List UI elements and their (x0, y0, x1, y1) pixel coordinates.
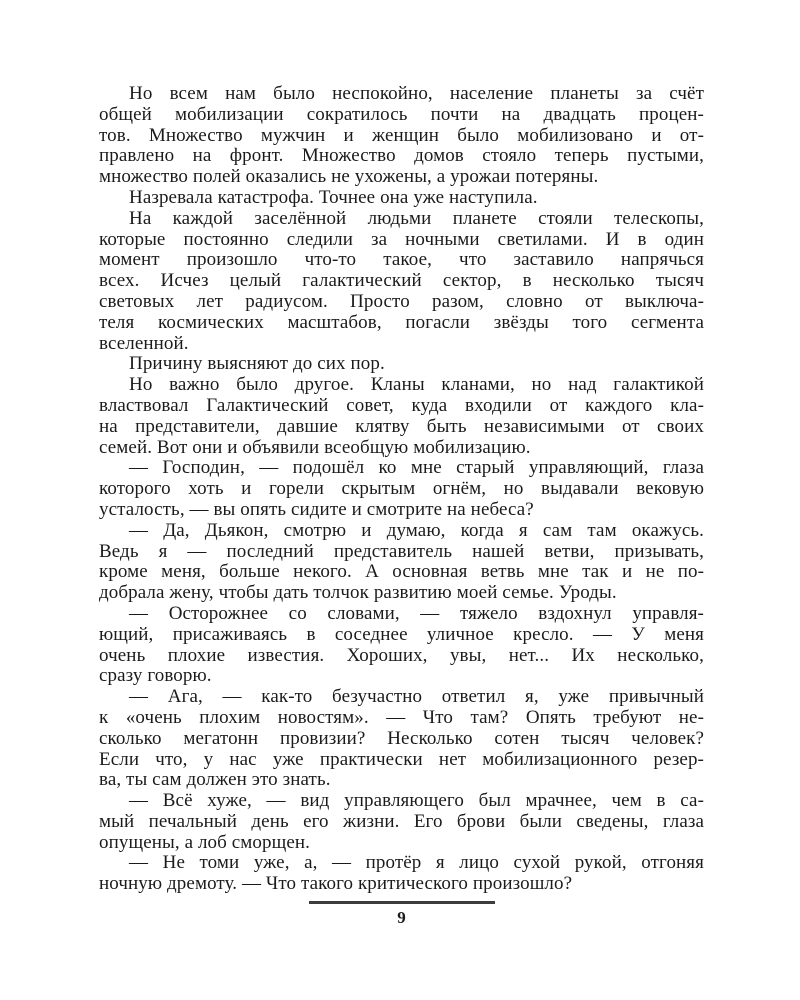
text-line: мый печальный день его жизни. Его брови … (99, 812, 704, 833)
text-line: ющий, присаживаясь в соседнее уличное кр… (99, 625, 704, 646)
text-line: усталость, — вы опять сидите и смотрите … (99, 500, 704, 521)
text-line: которого хоть и горели скрытым огнём, но… (99, 479, 704, 500)
text-line: кроме меня, больше некого. А основная ве… (99, 562, 704, 583)
text-line: — Ага, — как-то безучастно ответил я, уж… (99, 687, 704, 708)
page-number: 9 (99, 907, 704, 929)
text-line: Но важно было другое. Кланы кланами, но … (99, 375, 704, 396)
text-line: ночную дремоту. — Что такого критическог… (99, 874, 704, 895)
text-line: опущены, а лоб сморщен. (99, 833, 704, 854)
text-line: которые постоянно следили за ночными све… (99, 230, 704, 251)
text-line: общей мобилизации сократилось почти на д… (99, 105, 704, 126)
text-line: правлено на фронт. Множество домов стоял… (99, 146, 704, 167)
text-line: к «очень плохим новостям». — Что там? Оп… (99, 708, 704, 729)
text-line: Но всем нам было неспокойно, население п… (99, 84, 704, 105)
text-line: множество полей оказались не ухожены, а … (99, 167, 704, 188)
book-page: Но всем нам было неспокойно, население п… (0, 0, 800, 1000)
text-line: — Господин, — подошёл ко мне старый упра… (99, 458, 704, 479)
text-line: семей. Вот они и объявили всеобщую мобил… (99, 438, 704, 459)
text-line: момент произошло что-то такое, что заста… (99, 250, 704, 271)
text-line: добрала жену, чтобы дать толчок развитию… (99, 583, 704, 604)
text-line: световых лет радиусом. Просто разом, сло… (99, 292, 704, 313)
text-line: ва, ты сам должен это знать. (99, 770, 704, 791)
footer-divider (309, 901, 495, 904)
text-line: — Не томи уже, а, — протёр я лицо сухой … (99, 853, 704, 874)
text-line: тов. Множество мужчин и женщин было моби… (99, 126, 704, 147)
text-line: теля космических масштабов, погасли звёз… (99, 313, 704, 334)
text-line: на представители, давшие клятву быть нез… (99, 417, 704, 438)
text-line: — Да, Дьякон, смотрю и думаю, когда я са… (99, 521, 704, 542)
text-line: властвовал Галактический совет, куда вхо… (99, 396, 704, 417)
text-line: очень плохие известия. Хороших, увы, нет… (99, 646, 704, 667)
text-line: Ведь я — последний представитель нашей в… (99, 542, 704, 563)
text-line: Если что, у нас уже практически нет моби… (99, 750, 704, 771)
text-line: вселенной. (99, 334, 704, 355)
text-line: сразу говорю. (99, 666, 704, 687)
text-block: Но всем нам было неспокойно, население п… (99, 84, 704, 895)
text-line: всех. Исчез целый галактический сектор, … (99, 271, 704, 292)
text-line: сколько мегатонн провизии? Несколько сот… (99, 729, 704, 750)
text-line: — Всё хуже, — вид управляющего был мрачн… (99, 791, 704, 812)
text-line: — Осторожнее со словами, — тяжело вздохн… (99, 604, 704, 625)
page-footer: 9 (99, 901, 704, 929)
text-line: Назревала катастрофа. Точнее она уже нас… (99, 188, 704, 209)
text-line: Причину выясняют до сих пор. (99, 354, 704, 375)
text-line: На каждой заселённой людьми планете стоя… (99, 209, 704, 230)
